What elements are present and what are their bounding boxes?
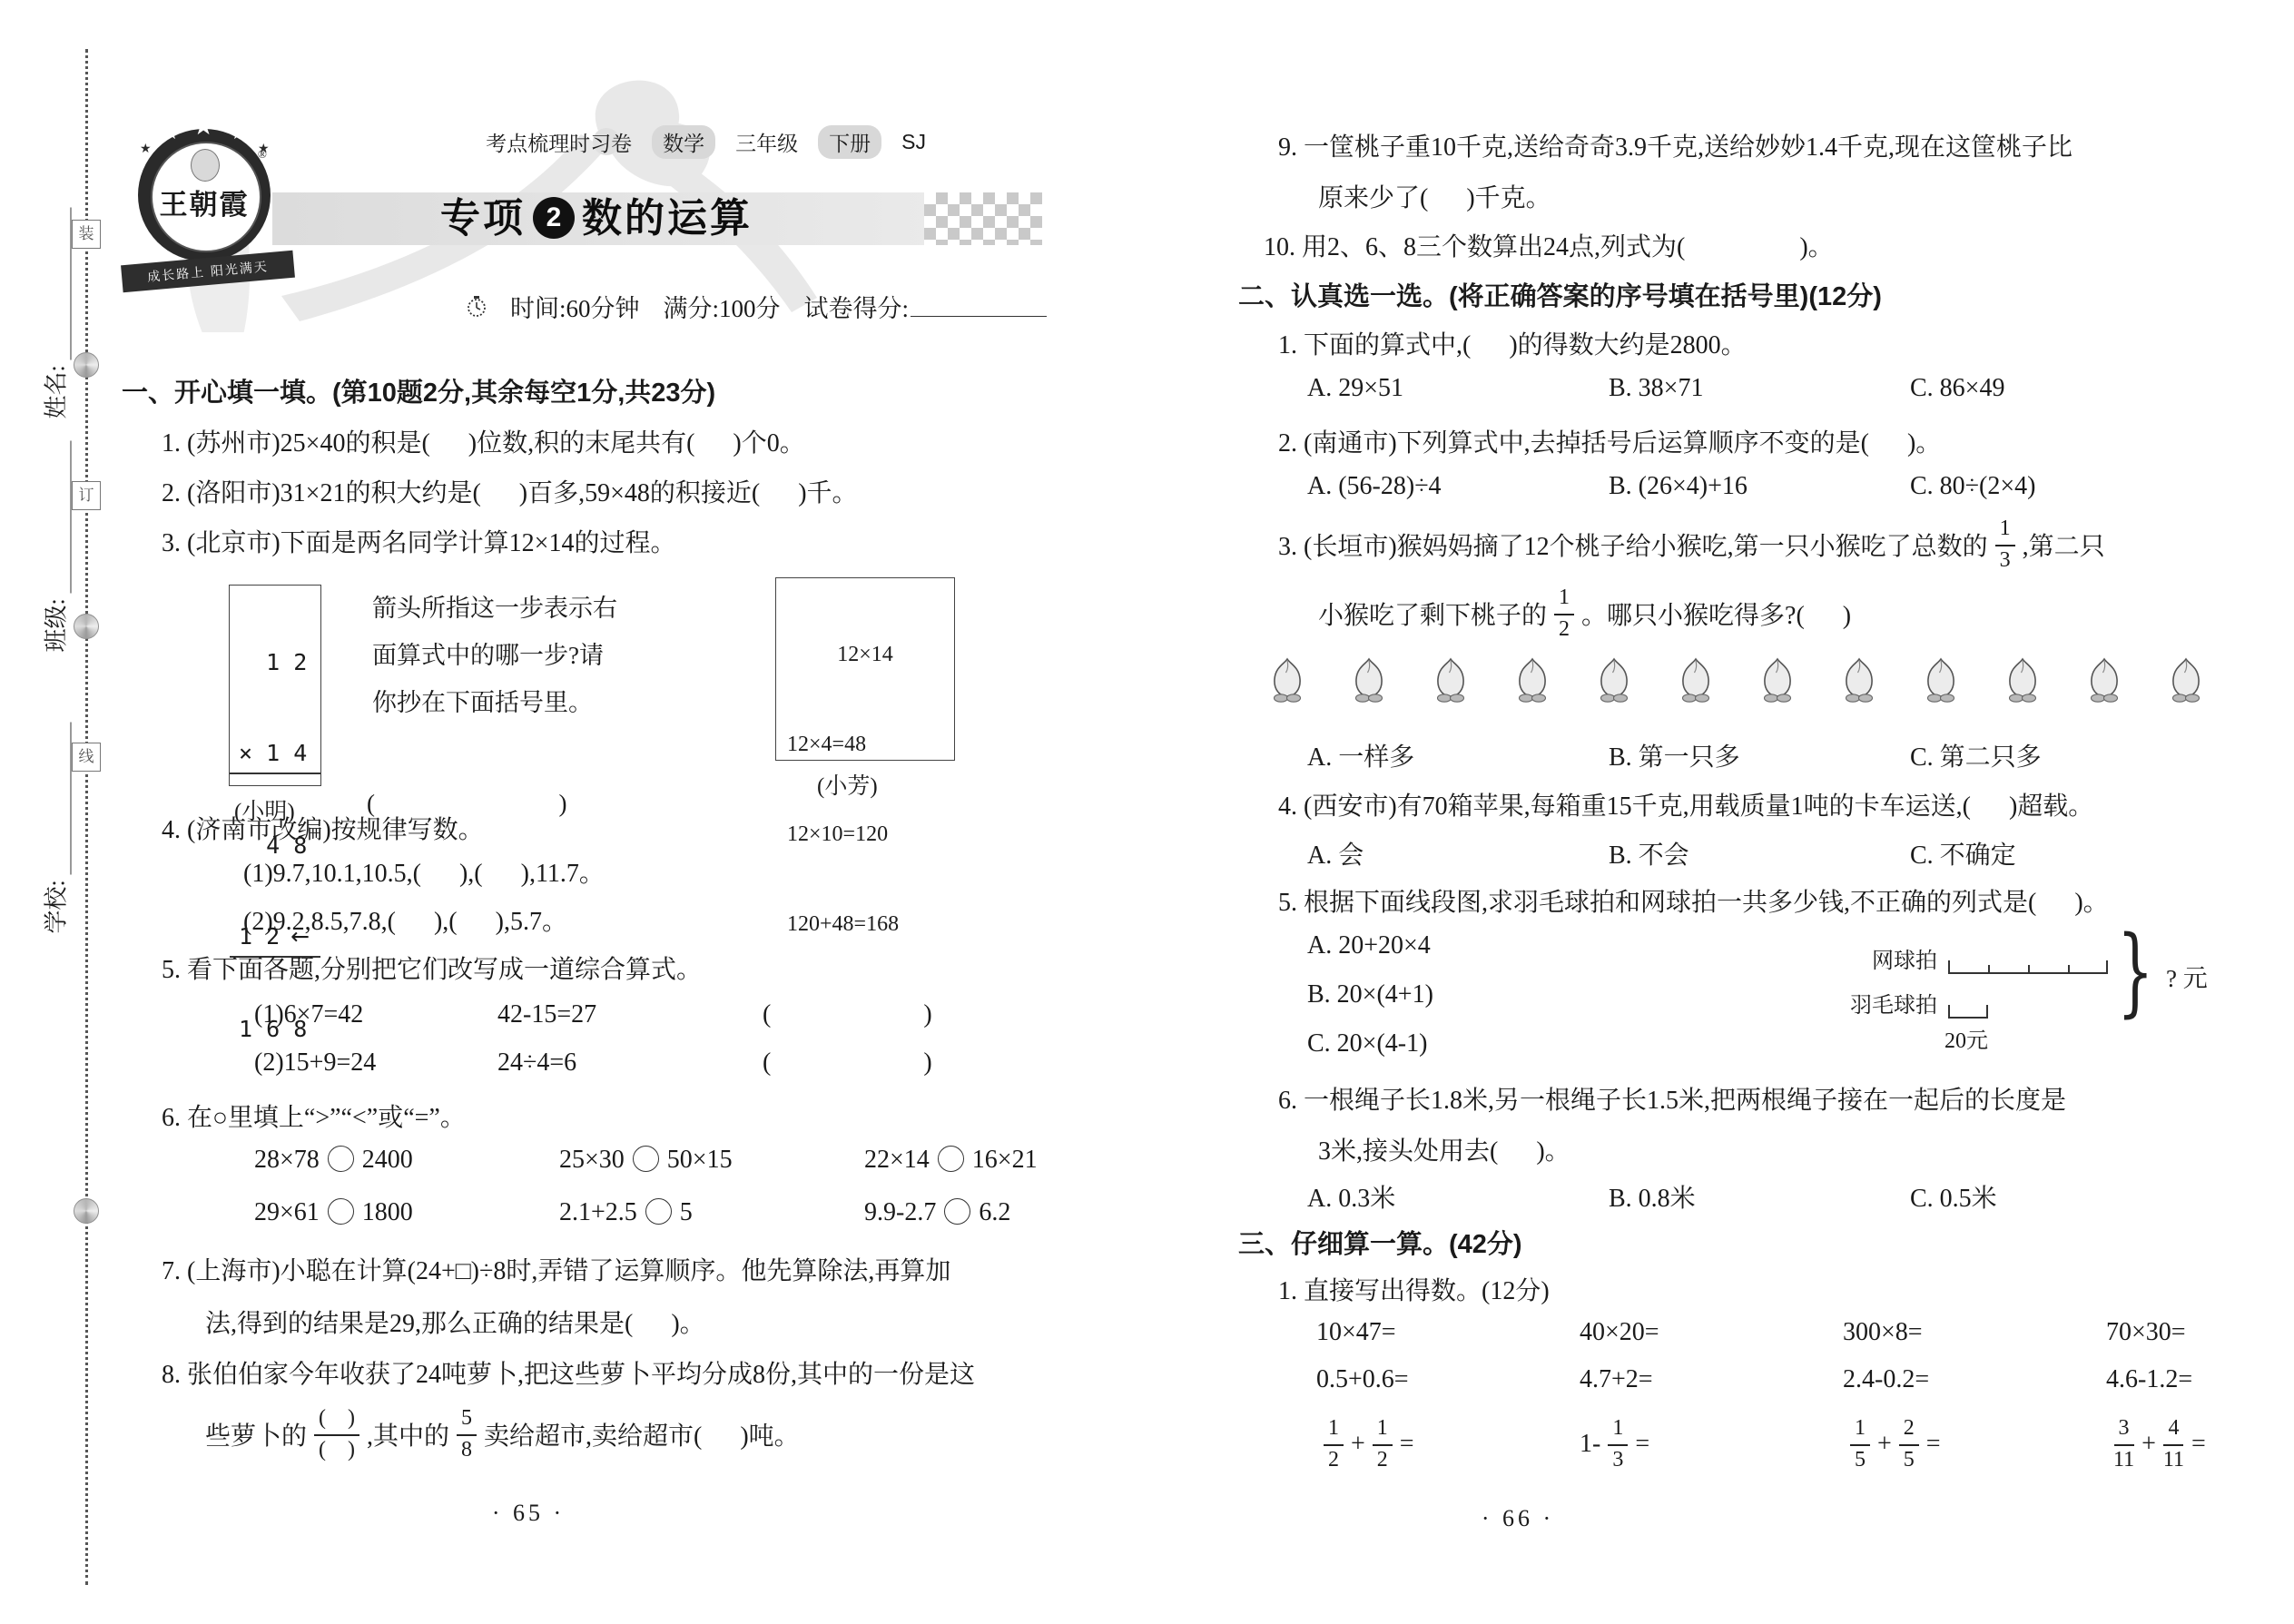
fraction: 15 [1850,1416,1870,1472]
fang-line1: 12×14 [787,635,943,675]
worksheet-page: { "header": { "series": "考点梳理时习卷", "subj… [0,0,2294,1624]
calc-row-2: 0.5+0.6= 4.7+2= 2.4-0.2= 4.6-1.2= [1236,1365,2294,1394]
question-5-1: (1)6×7=42 42-15=27 ( ) [120,1000,1271,1029]
tick [1948,960,1950,972]
compare-left: 22×14 [864,1146,930,1174]
compare-right: 50×15 [667,1146,733,1174]
option-a: A. 会 [1307,835,1609,871]
student-school-field: 学校: [38,662,72,934]
question-5-2: (2)15+9=24 24÷4=6 ( ) [120,1048,1271,1078]
score-blank-line [911,310,1047,317]
option-a: A. 一样多 [1307,737,1609,773]
school-blank-line [67,722,72,874]
mult-row-multiplier: × 1 4 [230,734,320,774]
s2-question-5: 5. 根据下面线段图,求羽毛球拍和网球拍一共多少钱,不正确的列式是( )。 [1236,882,2294,919]
option-a: A. 0.3米 [1307,1178,1609,1215]
tick [2106,960,2108,972]
question-9-line1: 9. 一筐桃子重10千克,送给奇奇3.9千克,送给妙妙1.4千克,现在这筐桃子比 [1236,127,2294,163]
operator: + [1351,1430,1365,1459]
mult-row-multiplicand: 1 2 [230,644,320,682]
student-name-xiaofang: (小芳) [817,768,878,801]
star-icon: ★ [258,142,270,156]
denominator: 2 [1377,1446,1388,1473]
numerator: 2 [1899,1416,1919,1446]
compare-circle [328,1198,354,1225]
peach-icon [1923,655,1959,704]
question-10: 10. 用2、6、8三个数算出24点,列式为( )。 [1236,227,2294,263]
compare-item: 28×782400 [254,1146,559,1175]
s2-question-1: 1. 下面的算式中,( )的得数大约是2800。 [1236,325,2294,361]
compare-item: 2.1+2.55 [559,1198,864,1227]
q8-text-pre: 些萝卜的 [205,1416,307,1452]
option-a: A. 29×51 [1307,374,1609,403]
operator: + [2141,1430,2156,1459]
q3-text-1b: ,第二只 [2023,527,2105,563]
question-7-line1: 7. (上海市)小聪在计算(24+□)÷8时,弄错了运算顺序。他先算除法,再算加 [120,1251,1178,1287]
whole-number: 1 [1580,1430,1592,1459]
peach-icon [1759,655,1796,704]
denominator: 11 [2163,1446,2184,1473]
question-7-line2: 法,得到的结果是29,那么正确的结果是( )。 [120,1304,1222,1340]
s3-question-1: 1. 直接写出得数。(12分) [1236,1271,2294,1307]
page-number-left: · 65 · [120,1500,937,1527]
title-number-badge: 2 [533,197,575,239]
option-c: C. 不确定 [1910,835,2294,871]
denominator: 11 [2113,1446,2134,1473]
blank-denominator: ( ) [319,1436,355,1463]
numerator: 1 [1324,1416,1344,1446]
question-8-line1: 8. 张伯伯家今年收获了24吨萝卜,把这些萝卜平均分成8份,其中的一份是这 [120,1354,1178,1391]
compare-circle [328,1146,354,1172]
compare-right: 6.2 [979,1198,1010,1226]
section2-heading: 二、认真选一选。(将正确答案的序号填在括号里)(12分) [1236,276,2287,313]
badminton-racket-row: 羽毛球拍 [1828,987,2282,1019]
star-icon: ★ [140,142,152,156]
section1-heading: 一、开心填一填。(第10题2分,其余每空1分,共23分) [120,372,1138,409]
s2-question-2: 2. (南通市)下列算式中,去掉括号后运算顺序不变的是( )。 [1236,423,2294,459]
peach-row [1269,655,2204,704]
question-5: 5. 看下面各题,分别把它们改写成一道综合算式。 [120,950,1178,986]
numerator: 4 [2163,1416,2183,1446]
compare-left: 25×30 [559,1146,625,1174]
s2-question-4: 4. (西安市)有70箱苹果,每箱重15千克,用载质量1吨的卡车运送,( )超载… [1236,786,2294,822]
fraction-1-2: 12 [1554,586,1574,642]
denominator: 3 [1612,1446,1623,1473]
calc-item: 70×30= [2106,1318,2186,1347]
question-3: 3. (北京市)下面是两名同学计算12×14的过程。 [120,523,1178,559]
equals-sign: = [2191,1430,2206,1459]
calc-item: 300×8= [1843,1318,1923,1347]
student-name-field: 姓名: [38,147,72,419]
question-4: 4. (济南市改编)按规律写数。 [120,810,1178,846]
peach-icon [1433,655,1469,704]
line-segment-diagram: 网球拍 羽毛球拍 20元 } ? 元 [1828,924,2282,1054]
student-class-label: 班级: [38,598,72,652]
q3-text-2b: 。哪只小猴吃得多?( ) [1581,595,1851,632]
calc-item: 4.6-1.2= [2106,1365,2192,1394]
tick [1948,1005,1950,1017]
s2-q3-options: A. 一样多 B. 第一只多 C. 第二只多 [1236,737,2294,773]
tick [2028,965,2030,972]
binding-swirl-icon [74,614,99,639]
option-b: B. 第一只多 [1609,737,1910,773]
tick [2068,965,2070,972]
fraction: 13 [1608,1416,1628,1472]
clock-icon [467,296,487,318]
vertical-multiplication-box: 1 2 × 1 4 4 8 1 2← 1 6 8 [229,585,321,786]
q5-2-expr2: 24÷4=6 [497,1048,763,1078]
title-main: 数的运算 [582,196,753,241]
peach-icon [2086,655,2122,704]
peach-icon [1596,655,1632,704]
equals-sign: = [1926,1430,1941,1459]
binding-dotted-line [85,49,88,1585]
compare-item: 9.9-2.76.2 [864,1198,1271,1227]
tennis-racket-row: 网球拍 [1828,942,2282,974]
star-icon: ★ [192,113,214,141]
q8-text-post: 卖给超市,卖给超市( )吨。 [484,1416,800,1452]
option-b: B. 不会 [1609,835,1910,871]
question-2: 2. (洛阳市)31×21的积大约是( )百多,59×48的积接近( )千。 [120,473,1178,509]
fraction: 411 [2163,1416,2184,1472]
numerator: 1 [1995,517,2015,546]
xiaofang-method-box: 12×14 12×4=48 12×10=120 120+48=168 [775,577,955,761]
s2-q2-options: A. (56-28)÷4 B. (26×4)+16 C. 80÷(2×4) [1236,472,2294,501]
operator: + [1877,1430,1892,1459]
q3-text-1a: 3. (长垣市)猴妈妈摘了12个桃子给小猴吃,第一只小猴吃了总数的 [1278,527,1988,563]
option-c: C. 80÷(2×4) [1910,472,2294,501]
compare-right: 1800 [362,1198,413,1226]
q5-1-expr2: 42-15=27 [497,1000,763,1029]
compare-circle [944,1198,970,1225]
tick [1986,1005,1988,1017]
fraction-5-8: 58 [457,1406,477,1462]
question-9-line2: 原来少了( )千克。 [1236,178,2294,214]
compare-item: 22×1416×21 [864,1146,1271,1175]
calc-item: 0.5+0.6= [1316,1365,1409,1394]
title-banner: 专项2数的运算 [272,192,1040,245]
peach-icon [1351,655,1387,704]
score-label: 试卷得分: [804,295,910,322]
s2-q4-options: A. 会 B. 不会 C. 不确定 [1236,835,2294,871]
numerator: 1 [1373,1416,1393,1446]
s2-question-6-line2: 3米,接头处用去( )。 [1236,1131,2294,1167]
brand-name: 王朝霞 [153,182,256,222]
page-number-right: · 66 · [1236,1505,1799,1532]
grade-label: 三年级 [735,127,798,157]
numerator: 3 [2114,1416,2134,1446]
price-label: 20元 [1828,1022,2282,1054]
peach-icon [2168,655,2204,704]
calc-item-fraction: 1 - 13 = [1580,1405,1843,1483]
operator: - [1592,1430,1600,1459]
student-school-label: 学校: [38,880,72,933]
option-c: C. 86×49 [1910,374,2294,403]
calc-item: 4.7+2= [1580,1365,1653,1394]
question-mark-label: ? 元 [2166,959,2208,994]
binding-mark-xian: 线 [72,743,101,772]
option-a: A. (56-28)÷4 [1307,472,1609,501]
calc-item-fraction: 15 + 25 = [1843,1405,2106,1483]
denominator: 5 [1904,1446,1915,1473]
volume-badge: 下册 [818,125,881,159]
denominator: 2 [1328,1446,1339,1473]
question-6: 6. 在○里填上“>”“<”或“=”。 [120,1097,1178,1134]
question-4-2: (2)9.2,8.5,7.8,( ),( ),5.7。 [120,901,1260,938]
time-limit: 时间:60分钟 [510,289,640,324]
compare-right: 16×21 [972,1146,1038,1174]
option-c: C. 0.5米 [1910,1178,2294,1215]
page-right: 9. 一筐桃子重10千克,送给奇奇3.9千克,送给妙妙1.4千克,现在这筐桃子比… [1236,0,2285,1624]
question-6-row1: 28×782400 25×3050×15 22×1416×21 [120,1146,1271,1175]
numerator: 1 [1554,586,1574,615]
compare-left: 29×61 [254,1198,320,1226]
question-4-1: (1)9.7,10.1,10.5,( ),( ),11.7。 [120,853,1260,890]
peach-icon [1514,655,1551,704]
numerator: 5 [457,1406,477,1436]
fraction-1-3: 13 [1995,517,2015,573]
option-b: B. (26×4)+16 [1609,472,1910,501]
denominator: 2 [1559,615,1570,643]
question-1: 1. (苏州市)25×40的积是( )位数,积的末尾共有( )个0。 [120,423,1178,459]
denominator: 5 [1855,1446,1866,1473]
student-class-field: 班级: [38,380,72,653]
calc-item-fraction: 311 + 411 = [2106,1405,2294,1483]
blank-fraction: ( )( ) [314,1406,359,1462]
peach-icon [1678,655,1714,704]
badminton-racket-line [1948,1005,1988,1019]
star-icon: ★ [231,123,246,143]
calc-item: 2.4-0.2= [1843,1365,1929,1394]
star-icon: ★ [163,123,179,143]
calc-row-1: 10×47= 40×20= 300×8= 70×30= [1236,1318,2294,1347]
q5-2-answer-blank: ( ) [763,1048,1271,1078]
calc-item: 40×20= [1580,1318,1659,1347]
brand-logo: ★ ★ ★ ★ ★ 王朝霞 ® 成长路上 阳光满天 [125,120,294,301]
denominator: 3 [2000,546,2011,574]
subject-badge: 数学 [652,125,715,159]
tick [1988,965,1990,972]
calc-row-3: 12 + 12 = 1 - 13 = 15 + 25 = 311 + 411 = [1236,1405,2294,1483]
peach-icon [1269,655,1305,704]
q3-text-2a: 小猴吃了剩下桃子的 [1318,595,1547,632]
denominator: 8 [461,1436,472,1463]
full-score: 满分:100分 [664,289,781,324]
name-blank-line [67,207,72,359]
q5-2-expr1: (2)15+9=24 [254,1048,497,1078]
compare-circle [633,1146,659,1172]
compare-circle [645,1198,672,1225]
fraction: 311 [2113,1416,2134,1472]
question-3-prompt: 箭头所指这一步表示右面算式中的哪一步?请你抄在下面括号里。 [372,585,626,726]
compare-circle [938,1146,964,1172]
question-8-line2: 些萝卜的 ( )( ) ,其中的 58 卖给超市,卖给超市( )吨。 [120,1396,1222,1472]
s2-q1-options: A. 29×51 B. 38×71 C. 86×49 [1236,374,2294,403]
fang-line2: 12×4=48 [787,724,943,765]
score-field: 试卷得分: [804,289,1048,324]
checker-pattern [924,192,1042,245]
calc-item-fraction: 12 + 12 = [1316,1405,1580,1483]
binding-swirl-icon [74,1198,99,1224]
page-title: 专项2数的运算 [272,192,921,245]
numerator: 1 [1608,1416,1628,1446]
s2-q6-options: A. 0.3米 B. 0.8米 C. 0.5米 [1236,1178,2294,1215]
compare-right: 5 [680,1198,693,1226]
s2-question-3-line1: 3. (长垣市)猴妈妈摘了12个桃子给小猴吃,第一只小猴吃了总数的 13 ,第二… [1236,508,2294,581]
edition-label: SJ [901,130,926,154]
tennis-racket-line [1948,960,2108,974]
compare-left: 9.9-2.7 [864,1198,936,1226]
numerator: 1 [1850,1416,1870,1446]
compare-left: 2.1+2.5 [559,1198,637,1226]
compare-left: 28×78 [254,1146,320,1174]
brace-icon: } [2117,926,2153,1018]
q8-text-mid: ,其中的 [367,1416,449,1452]
fraction: 12 [1373,1416,1393,1472]
section3-heading: 三、仔细算一算。(42分) [1236,1224,2287,1261]
badminton-racket-label: 羽毛球拍 [1828,987,1948,1019]
title-prefix: 专项 [440,196,526,241]
compare-item: 25×3050×15 [559,1146,864,1175]
page-left: 考点梳理时习卷 数学 三年级 下册 SJ ★ ★ ★ ★ ★ 王朝霞 ® 成长路… [120,0,1137,1624]
compare-item: 29×611800 [254,1198,559,1227]
question-3-work-area: 1 2 × 1 4 4 8 1 2← 1 6 8 (小明) 箭头所指这一步表示右… [120,572,1137,835]
tennis-racket-label: 网球拍 [1828,942,1948,974]
blank-numerator: ( ) [314,1406,359,1436]
option-b: B. 0.8米 [1609,1178,1910,1215]
calc-item: 10×47= [1316,1318,1396,1347]
s2-question-3-line2: 小猴吃了剩下桃子的 12 。哪只小猴吃得多?( ) [1236,577,2294,650]
fraction: 25 [1899,1416,1919,1472]
compare-right: 2400 [362,1146,413,1174]
class-blank-line [67,440,72,593]
exam-meta-line: 时间:60分钟 满分:100分 试卷得分: [467,289,1047,324]
portrait-oval [191,149,220,182]
fraction: 12 [1324,1416,1344,1472]
binding-swirl-icon [74,352,99,378]
series-title: 考点梳理时习卷 [486,127,632,157]
question-6-row2: 29×611800 2.1+2.55 9.9-2.76.2 [120,1198,1271,1227]
s2-question-6-line1: 6. 一根绳子长1.8米,另一根绳子长1.5米,把两根绳子接在一起后的长度是 [1236,1080,2294,1117]
peach-icon [1841,655,1877,704]
peach-icon [2004,655,2041,704]
binding-mark-ding: 订 [72,481,101,510]
option-b: B. 38×71 [1609,374,1910,403]
equals-sign: = [1400,1430,1414,1459]
equals-sign: = [1635,1430,1649,1459]
binding-mark-zhuang: 装 [72,220,101,249]
q5-1-answer-blank: ( ) [763,1000,1271,1029]
option-c: C. 第二只多 [1910,737,2294,773]
q5-1-expr1: (1)6×7=42 [254,1000,497,1029]
